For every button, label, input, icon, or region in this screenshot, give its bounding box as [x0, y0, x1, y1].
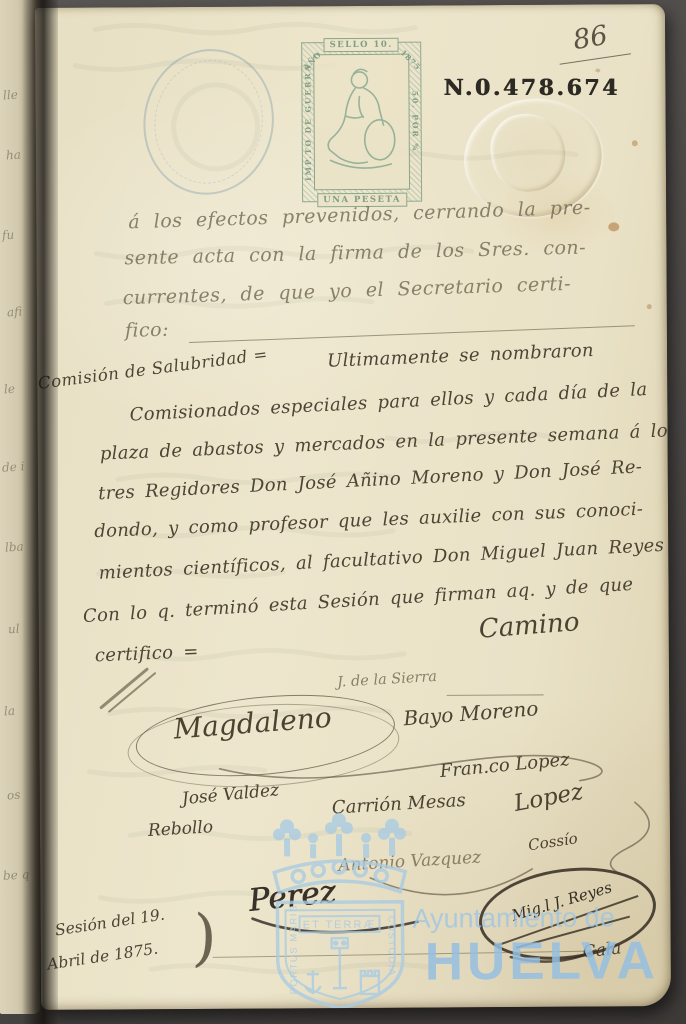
bleed-fragment: le	[4, 382, 16, 397]
revenue-stamp-frame	[313, 54, 410, 191]
watermark-motto-top: ET TERRÆ	[303, 919, 377, 931]
bleed-fragment: afi	[7, 304, 23, 319]
manuscript-page: 86 SELLO	[35, 4, 671, 1010]
bleed-fragment: ha	[6, 147, 22, 162]
session-note-line: Abril de 1875.	[46, 940, 159, 974]
foxing-spot	[608, 222, 619, 231]
signature-fco-lopez: Fran.co Lopez	[439, 749, 571, 782]
signature-cossio: Cossío	[527, 829, 579, 854]
seated-figure-icon	[315, 56, 408, 189]
margin-heading: Comisión de Salubridad =	[37, 344, 269, 392]
previous-page-edge: lle ha fu afi le de i lba ul la os be q	[0, 0, 40, 1014]
foxing-spot	[595, 68, 600, 72]
bleed-fragment: be q	[3, 867, 30, 883]
signature-carrion-mesas: Carrión Mesas	[331, 790, 466, 819]
stamp-top-ribbon: SELLO 10.	[324, 38, 399, 52]
bleed-fragment: de i	[2, 459, 25, 475]
serial-number: N.0.478.674	[443, 75, 619, 101]
stamp-left-text: IMP.TO DE GUERRA	[303, 64, 313, 181]
manuscript-line: dondo, y como profesor que les auxilie c…	[94, 499, 644, 543]
bleed-fragment: la	[4, 704, 16, 719]
manuscript-line: currentes, de que yo el Secretario certi…	[122, 273, 571, 309]
signature-sierra: J. de la Sierra	[337, 669, 438, 691]
signature-lopez: Lopez	[512, 779, 585, 817]
bleed-fragment: ul	[8, 622, 21, 637]
archive-scan: lle ha fu afi le de i lba ul la os be q	[0, 0, 686, 1024]
signature-vazquez: Antonio Vazquez	[338, 847, 482, 875]
folio-number: 86	[571, 20, 610, 56]
manuscript-line: Comisionados especiales para ellos y cad…	[129, 379, 648, 426]
manuscript-line: plaza de abastos y mercados en la presen…	[99, 420, 671, 465]
manuscript-line: fico:	[125, 319, 170, 342]
foxing-spot	[632, 140, 638, 146]
signature-perez: Perez	[247, 874, 338, 919]
watermark-motto-left: PORTUS MARIS	[288, 904, 300, 994]
watermark-huelva: HUELVA	[425, 930, 659, 992]
signature-camino: Camino	[478, 607, 581, 645]
signature-bayo-moreno: Bayo Moreno	[403, 696, 540, 730]
watermark-motto-right: CUSTODIA	[385, 916, 396, 977]
signature-rebollo: Rebollo	[147, 817, 213, 841]
manuscript-line: certifico =	[95, 641, 200, 666]
bleed-fragment: lle	[3, 88, 19, 103]
bleed-fragment: fu	[2, 228, 15, 243]
session-note-line: Sesión del 19.	[54, 906, 166, 940]
stamp-right-text: 50. POR %	[410, 91, 419, 153]
folio-underline	[560, 53, 631, 64]
bleed-fragment: os	[7, 788, 21, 803]
faded-round-ink-stamp	[132, 39, 285, 205]
manuscript-line: Ultimamente se nombraron	[327, 340, 594, 372]
session-note-brace: )	[191, 900, 219, 974]
revenue-stamp: SELLO 10. UNA PESETA AÑO 1875 IMP.TO DE …	[301, 42, 422, 203]
manuscript-line: sente acta con la firma de los Sres. con…	[124, 237, 586, 270]
manuscript-line: tres Regidores Don José Añino Moreno y D…	[98, 456, 643, 504]
embossed-seal-relief	[486, 109, 571, 197]
bleed-fragment: lba	[5, 539, 25, 554]
foxing-spot	[647, 304, 652, 309]
